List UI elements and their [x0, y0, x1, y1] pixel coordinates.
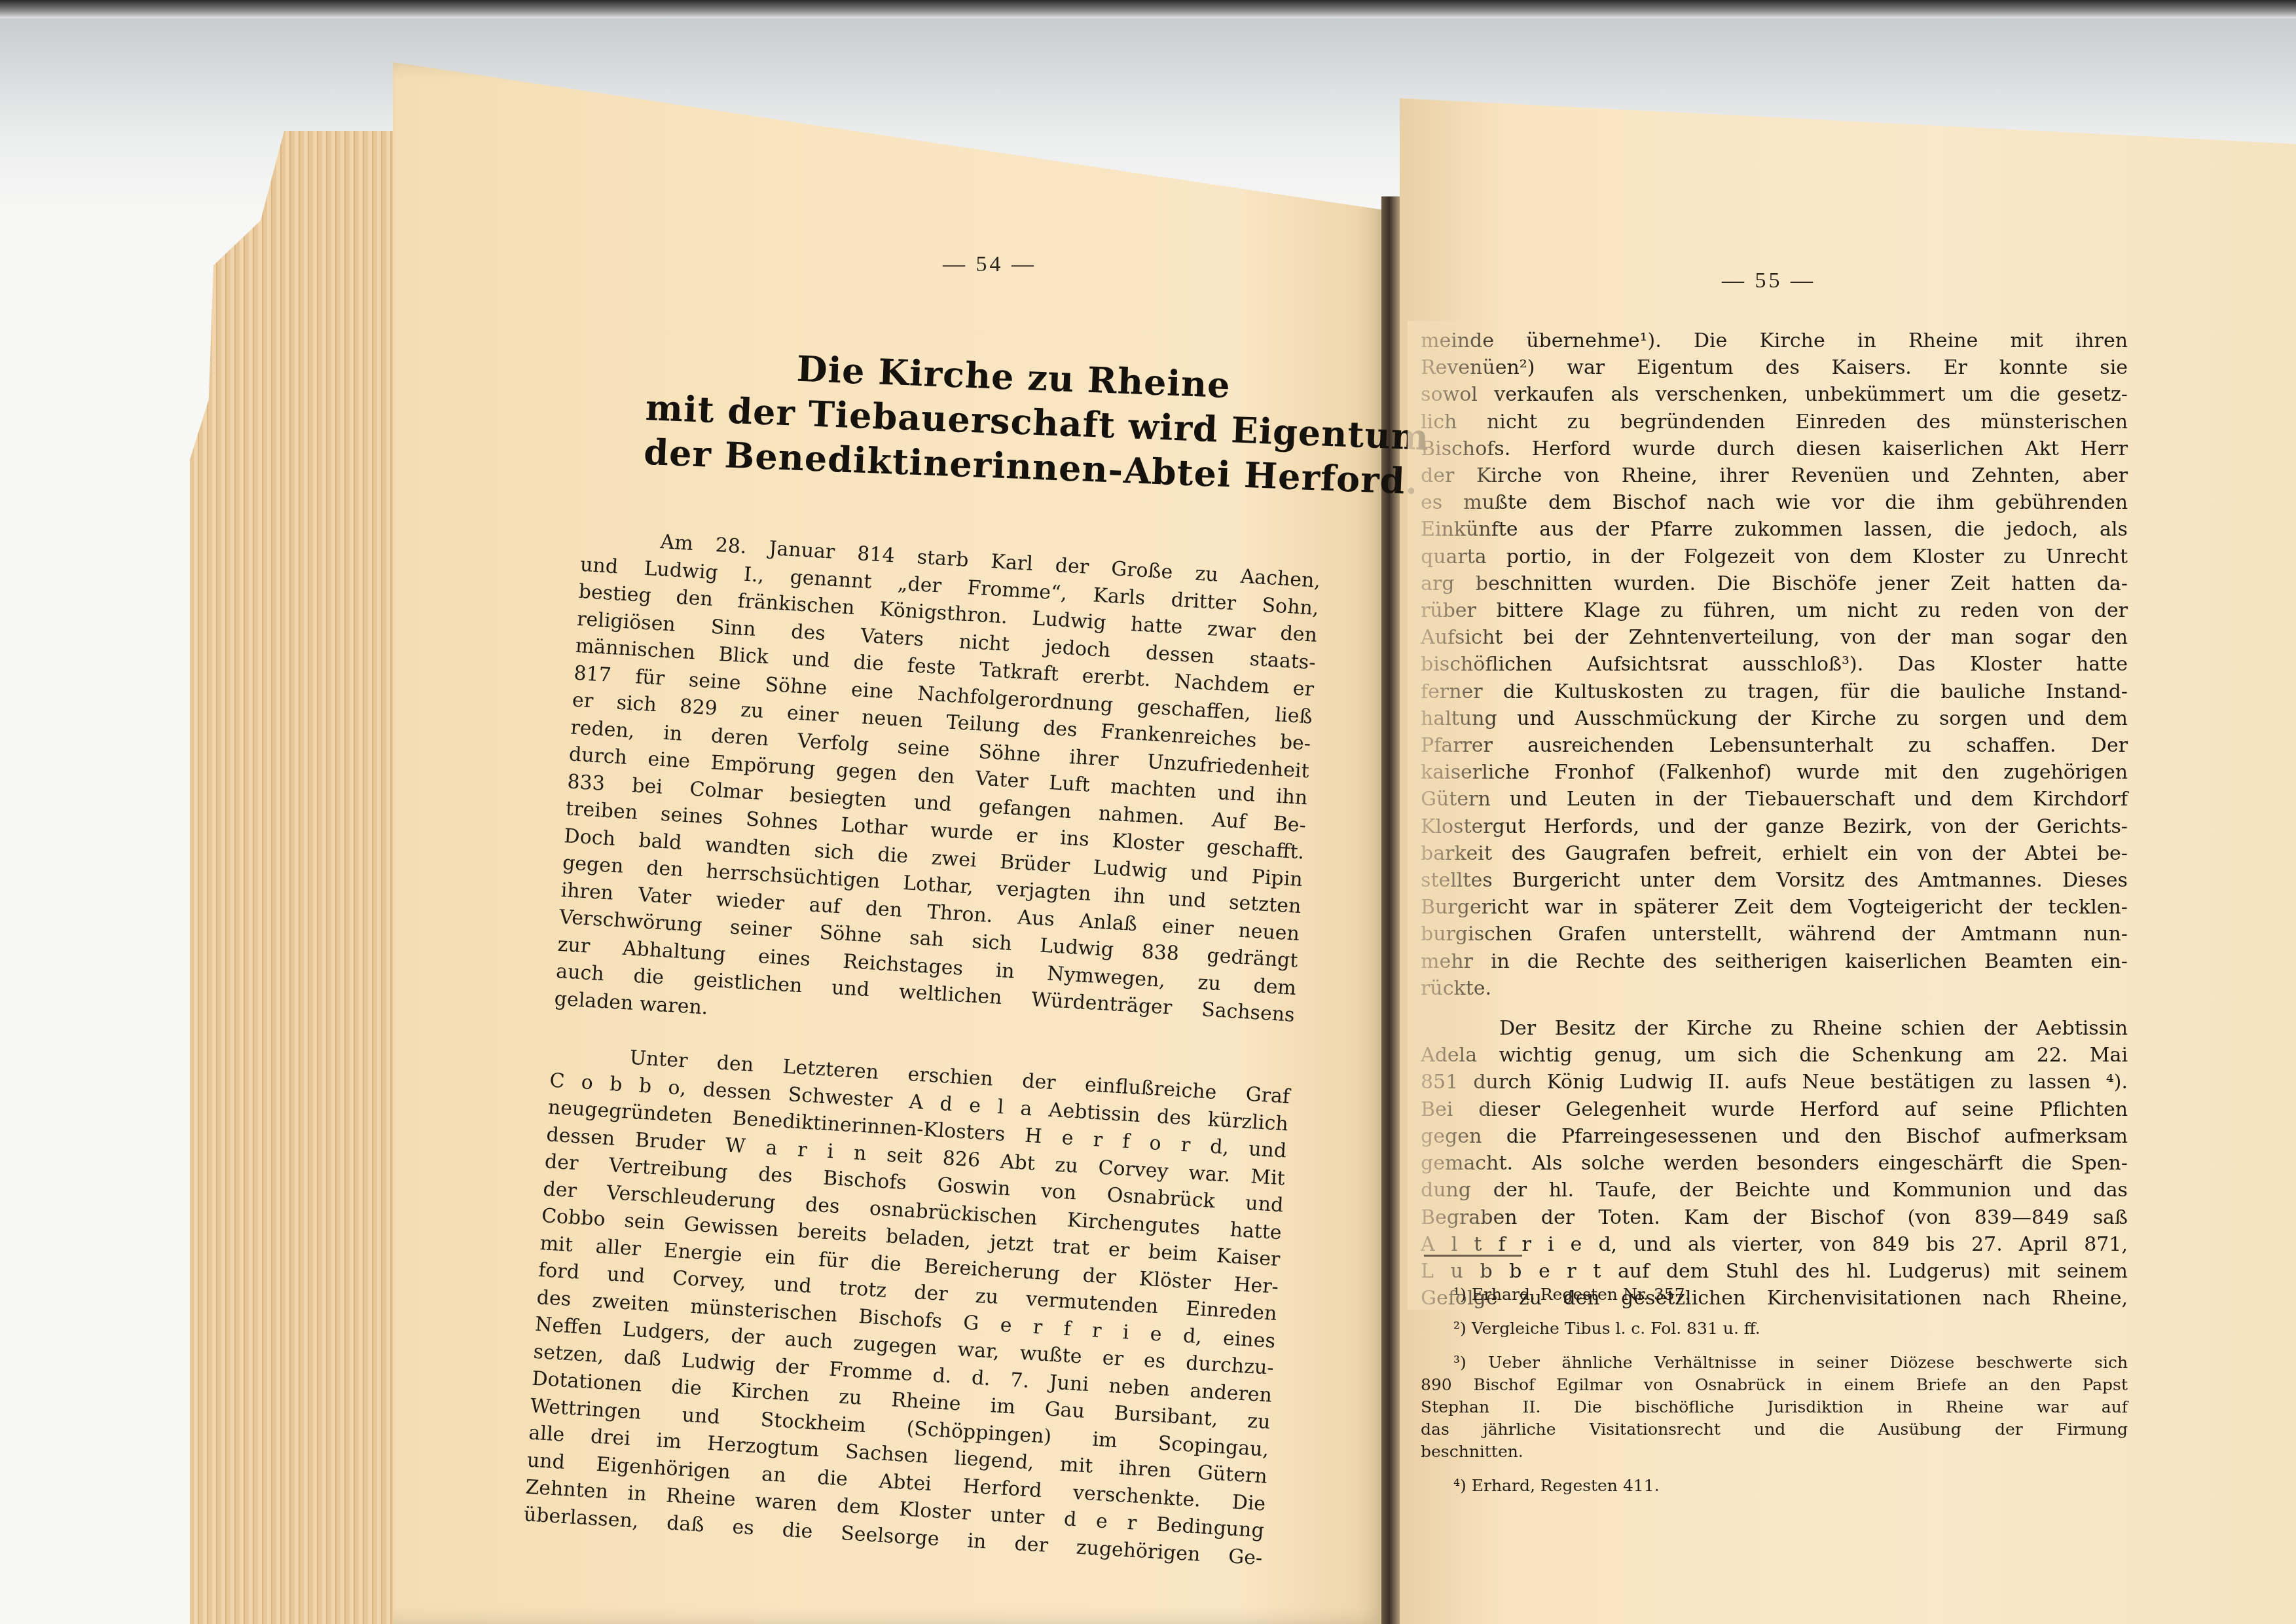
left-page-stack-edges	[190, 131, 426, 1624]
text-line: meinde übernehme¹). Die Kirche in Rheine…	[1421, 327, 2128, 354]
left-page-body: Am 28. Januar 814 starb Karl der Große z…	[523, 524, 1321, 1572]
footnote-4: ⁴) Erhard, Regesten 411.	[1421, 1475, 2128, 1497]
paragraph: Am 28. Januar 814 starb Karl der Große z…	[554, 524, 1321, 1056]
text-line: Begraben der Toten. Kam der Bischof (von…	[1421, 1204, 2128, 1231]
text-line: rückte.	[1421, 975, 2128, 1002]
text-line: A l t f r i e d, und als vierter, von 84…	[1421, 1231, 2128, 1258]
right-page-number: — 55 —	[1722, 268, 1815, 293]
text-line: dung der hl. Taufe, der Beichte und Komm…	[1421, 1177, 2128, 1204]
text-line: Adela wichtig genug, um sich die Schenku…	[1421, 1042, 2128, 1069]
text-line: quarta portio, in der Folgezeit von dem …	[1421, 544, 2128, 570]
footnote-line: Stephan II. Die bischöfliche Jurisdiktio…	[1421, 1396, 2128, 1418]
text-line: arg beschnitten wurden. Die Bischöfe jen…	[1421, 570, 2128, 597]
text-line: Bei dieser Gelegenheit wurde Herford auf…	[1421, 1096, 2128, 1123]
text-line: Der Besitz der Kirche zu Rheine schien d…	[1421, 1015, 2128, 1042]
book-gutter	[1381, 196, 1401, 1624]
text-line: L u b b e r t auf dem Stuhl des hl. Ludg…	[1421, 1258, 2128, 1285]
footnote-divider	[1424, 1255, 1522, 1257]
text-line: Einkünfte aus der Pfarre zukommen lassen…	[1421, 516, 2128, 543]
footnotes: ¹) Erhard, Regesten Nr. 357. ²) Vergleic…	[1421, 1283, 2128, 1497]
footnote-3: ³) Ueber ähnliche Verhältnisse in seiner…	[1421, 1352, 2128, 1463]
scanner-top-edge	[0, 0, 2296, 18]
text-line: mehr in die Rechte des seitherigen kaise…	[1421, 948, 2128, 975]
text-line: bischöflichen Aufsichtsrat ausschloß³). …	[1421, 651, 2128, 678]
left-page-number: — 54 —	[943, 252, 1036, 277]
footnote-2: ²) Vergleiche Tibus l. c. Fol. 831 u. ff…	[1421, 1318, 2128, 1340]
footnote-line: ³) Ueber ähnliche Verhältnisse in seiner…	[1421, 1352, 2128, 1374]
paragraph: meinde übernehme¹). Die Kirche in Rheine…	[1421, 327, 2128, 1002]
chapter-title: Die Kirche zu Rheine mit der Tiebauersch…	[643, 341, 1381, 502]
footnote-1: ¹) Erhard, Regesten Nr. 357.	[1421, 1283, 2128, 1306]
text-line: es mußte dem Bischof nach wie vor die ih…	[1421, 489, 2128, 516]
footnote-line: beschnitten.	[1421, 1441, 2128, 1463]
right-page-body: meinde übernehme¹). Die Kirche in Rheine…	[1421, 327, 2128, 1312]
text-line: kaiserliche Fronhof (Falkenhof) wurde mi…	[1421, 759, 2128, 786]
text-line: Klostergut Herfords, und der ganze Bezir…	[1421, 813, 2128, 840]
text-line: burgischen Grafen unterstellt, während d…	[1421, 921, 2128, 948]
text-line: Revenüen²) war Eigentum des Kaisers. Er …	[1421, 354, 2128, 381]
text-line: Pfarrer ausreichenden Lebensunterhalt zu…	[1421, 732, 2128, 759]
text-line: Burgericht war in späterer Zeit dem Vogt…	[1421, 894, 2128, 921]
text-line: rüber bittere Klage zu führen, um nicht …	[1421, 597, 2128, 624]
text-line: stelltes Burgericht unter dem Vorsitz de…	[1421, 867, 2128, 894]
text-line: Gütern und Leuten in der Tiebauerschaft …	[1421, 786, 2128, 813]
text-line: haltung und Ausschmückung der Kirche zu …	[1421, 705, 2128, 732]
text-line: sowol verkaufen als verschenken, unbeküm…	[1421, 381, 2128, 408]
paragraph: Unter den Letzteren erschien der einfluß…	[523, 1040, 1290, 1572]
text-line: gemacht. Als solche werden besonders ein…	[1421, 1150, 2128, 1177]
footnote-line: 890 Bischof Egilmar von Osnabrück in ein…	[1421, 1374, 2128, 1396]
text-line: gegen die Pfarreingesessenen und den Bis…	[1421, 1123, 2128, 1150]
text-line: barkeit des Gaugrafen befreit, erhielt e…	[1421, 840, 2128, 867]
footnote-line: das jährliche Visitationsrecht und die A…	[1421, 1418, 2128, 1441]
text-line: 851 durch König Ludwig II. aufs Neue bes…	[1421, 1069, 2128, 1096]
text-line: Aufsicht bei der Zehntenverteilung, von …	[1421, 624, 2128, 651]
text-line: ferner die Kultuskosten zu tragen, für d…	[1421, 678, 2128, 705]
text-line: lich nicht zu begründenden Einreden des …	[1421, 409, 2128, 435]
paragraph: Der Besitz der Kirche zu Rheine schien d…	[1421, 1015, 2128, 1312]
text-line: Bischofs. Herford wurde durch diesen kai…	[1421, 435, 2128, 462]
text-line: der Kirche von Rheine, ihrer Revenüen un…	[1421, 462, 2128, 489]
